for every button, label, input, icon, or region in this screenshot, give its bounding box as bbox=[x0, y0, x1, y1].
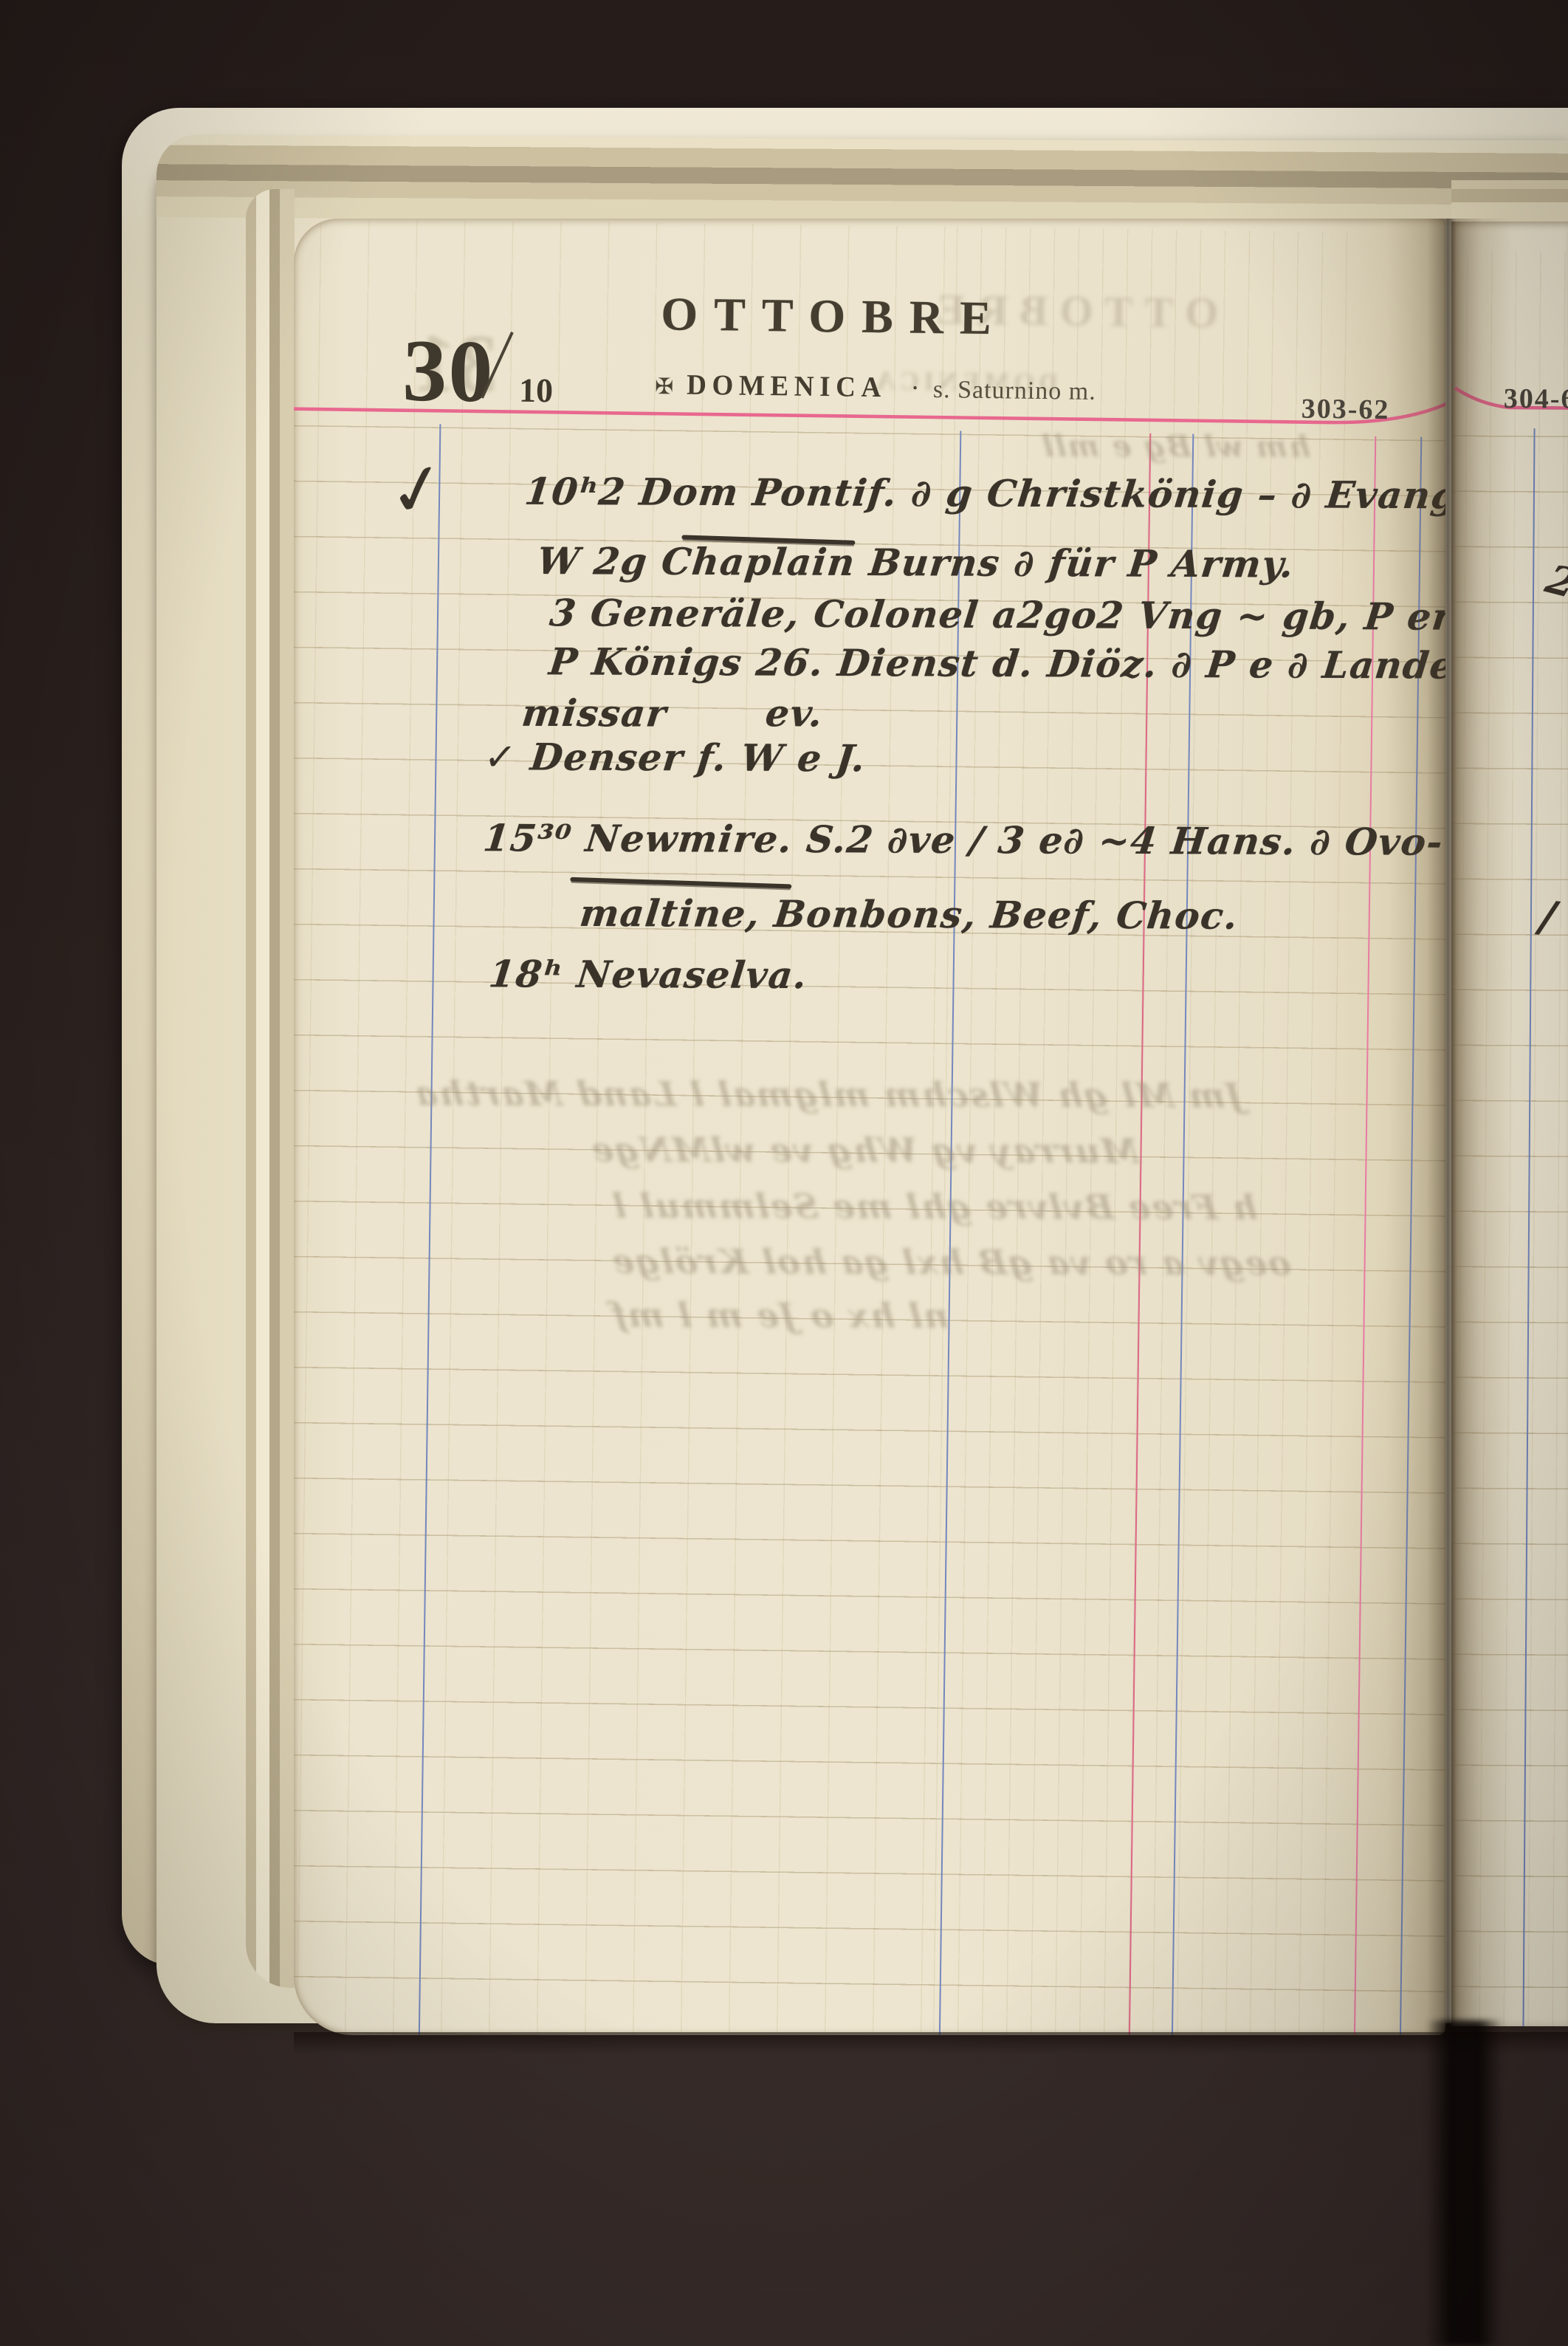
day-counter-next: 304-6 bbox=[1504, 383, 1568, 416]
entry-line-8: maltine, Bonbons, Beef, Choc. bbox=[578, 891, 1241, 938]
page-edge-stack-left bbox=[246, 189, 295, 1988]
entry-line-5b: ev. bbox=[763, 691, 825, 735]
bleedthrough-line-2: Murray vg Whg ve wlMNge bbox=[588, 1130, 1141, 1171]
diary-photo: 31 OTTOBRE DOMENICA OTTOBRE 30 10 ✠ DOME… bbox=[0, 0, 1568, 2346]
bleedthrough-line-3: h Free Bvlvre ghl me Selmmul l bbox=[610, 1186, 1259, 1227]
month-title: OTTOBRE bbox=[661, 287, 1008, 346]
saint-of-day: s. Saturnino m. bbox=[933, 376, 1096, 406]
day-number: 30 bbox=[402, 326, 495, 416]
page-edge-stack-right bbox=[1451, 180, 1568, 223]
horizontal-ruling-right bbox=[1451, 435, 1568, 2026]
weekday-row: ✠ DOMENICA · s. Saturnino m. bbox=[655, 368, 1096, 407]
day-month-number: 10 bbox=[519, 371, 554, 411]
bleedthrough-line-4: oegv a ro va gB hxl ga hol Krölge bbox=[609, 1241, 1293, 1283]
bleedthrough-line-1: Jm Ml gh Wlschm mlgmal l Land Martha bbox=[412, 1074, 1244, 1116]
entry-line-3: 3 Generäle, Colonel a2go2 Vng ~ gb, P er… bbox=[548, 591, 1445, 639]
below-book-shadow bbox=[294, 2032, 1568, 2054]
entry-line-2: W 2g Chaplain Burns ∂ für P Army. bbox=[535, 539, 1297, 586]
entry-line-1: 10ʰ2 Dom Pontif. ∂ g Christkönig – ∂ Eva… bbox=[523, 470, 1445, 518]
right-page-content: 304-6 2 / bbox=[1451, 222, 1568, 2026]
diary-right-page: 304-6 2 / bbox=[1451, 222, 1568, 2026]
entry-line-9: 18ʰ Nevaselva. bbox=[486, 952, 810, 997]
cross-icon: ✠ bbox=[655, 374, 674, 399]
bleedthrough-line-5: nl hx o Je m l mf bbox=[608, 1295, 950, 1336]
day-counter: 303-62 bbox=[1301, 393, 1389, 427]
entry-line-4: P Königs 26. Dienst d. Diöz. ∂ P e ∂ Lan… bbox=[547, 639, 1445, 687]
entry-line-6: ✓ Denser f. W e J. bbox=[482, 735, 868, 780]
bleedthrough-line-0: hm wl Bg e mll bbox=[1039, 429, 1312, 464]
entry-line-5a: missar bbox=[520, 691, 670, 735]
entry-line-7: 15³⁰ Newmire. S.2 ∂ve / 3 e∂ ~4 Hans. ∂ … bbox=[481, 816, 1445, 864]
page-edge-stack-top bbox=[157, 134, 1568, 226]
weekday-separator-dot: · bbox=[910, 372, 920, 405]
below-gutter-shadow bbox=[1426, 2020, 1503, 2346]
weekday-name: DOMENICA bbox=[687, 368, 887, 405]
left-page-content: 31 OTTOBRE DOMENICA OTTOBRE 30 10 ✠ DOME… bbox=[294, 219, 1445, 2035]
diary-left-page: 31 OTTOBRE DOMENICA OTTOBRE 30 10 ✠ DOME… bbox=[294, 219, 1445, 2035]
